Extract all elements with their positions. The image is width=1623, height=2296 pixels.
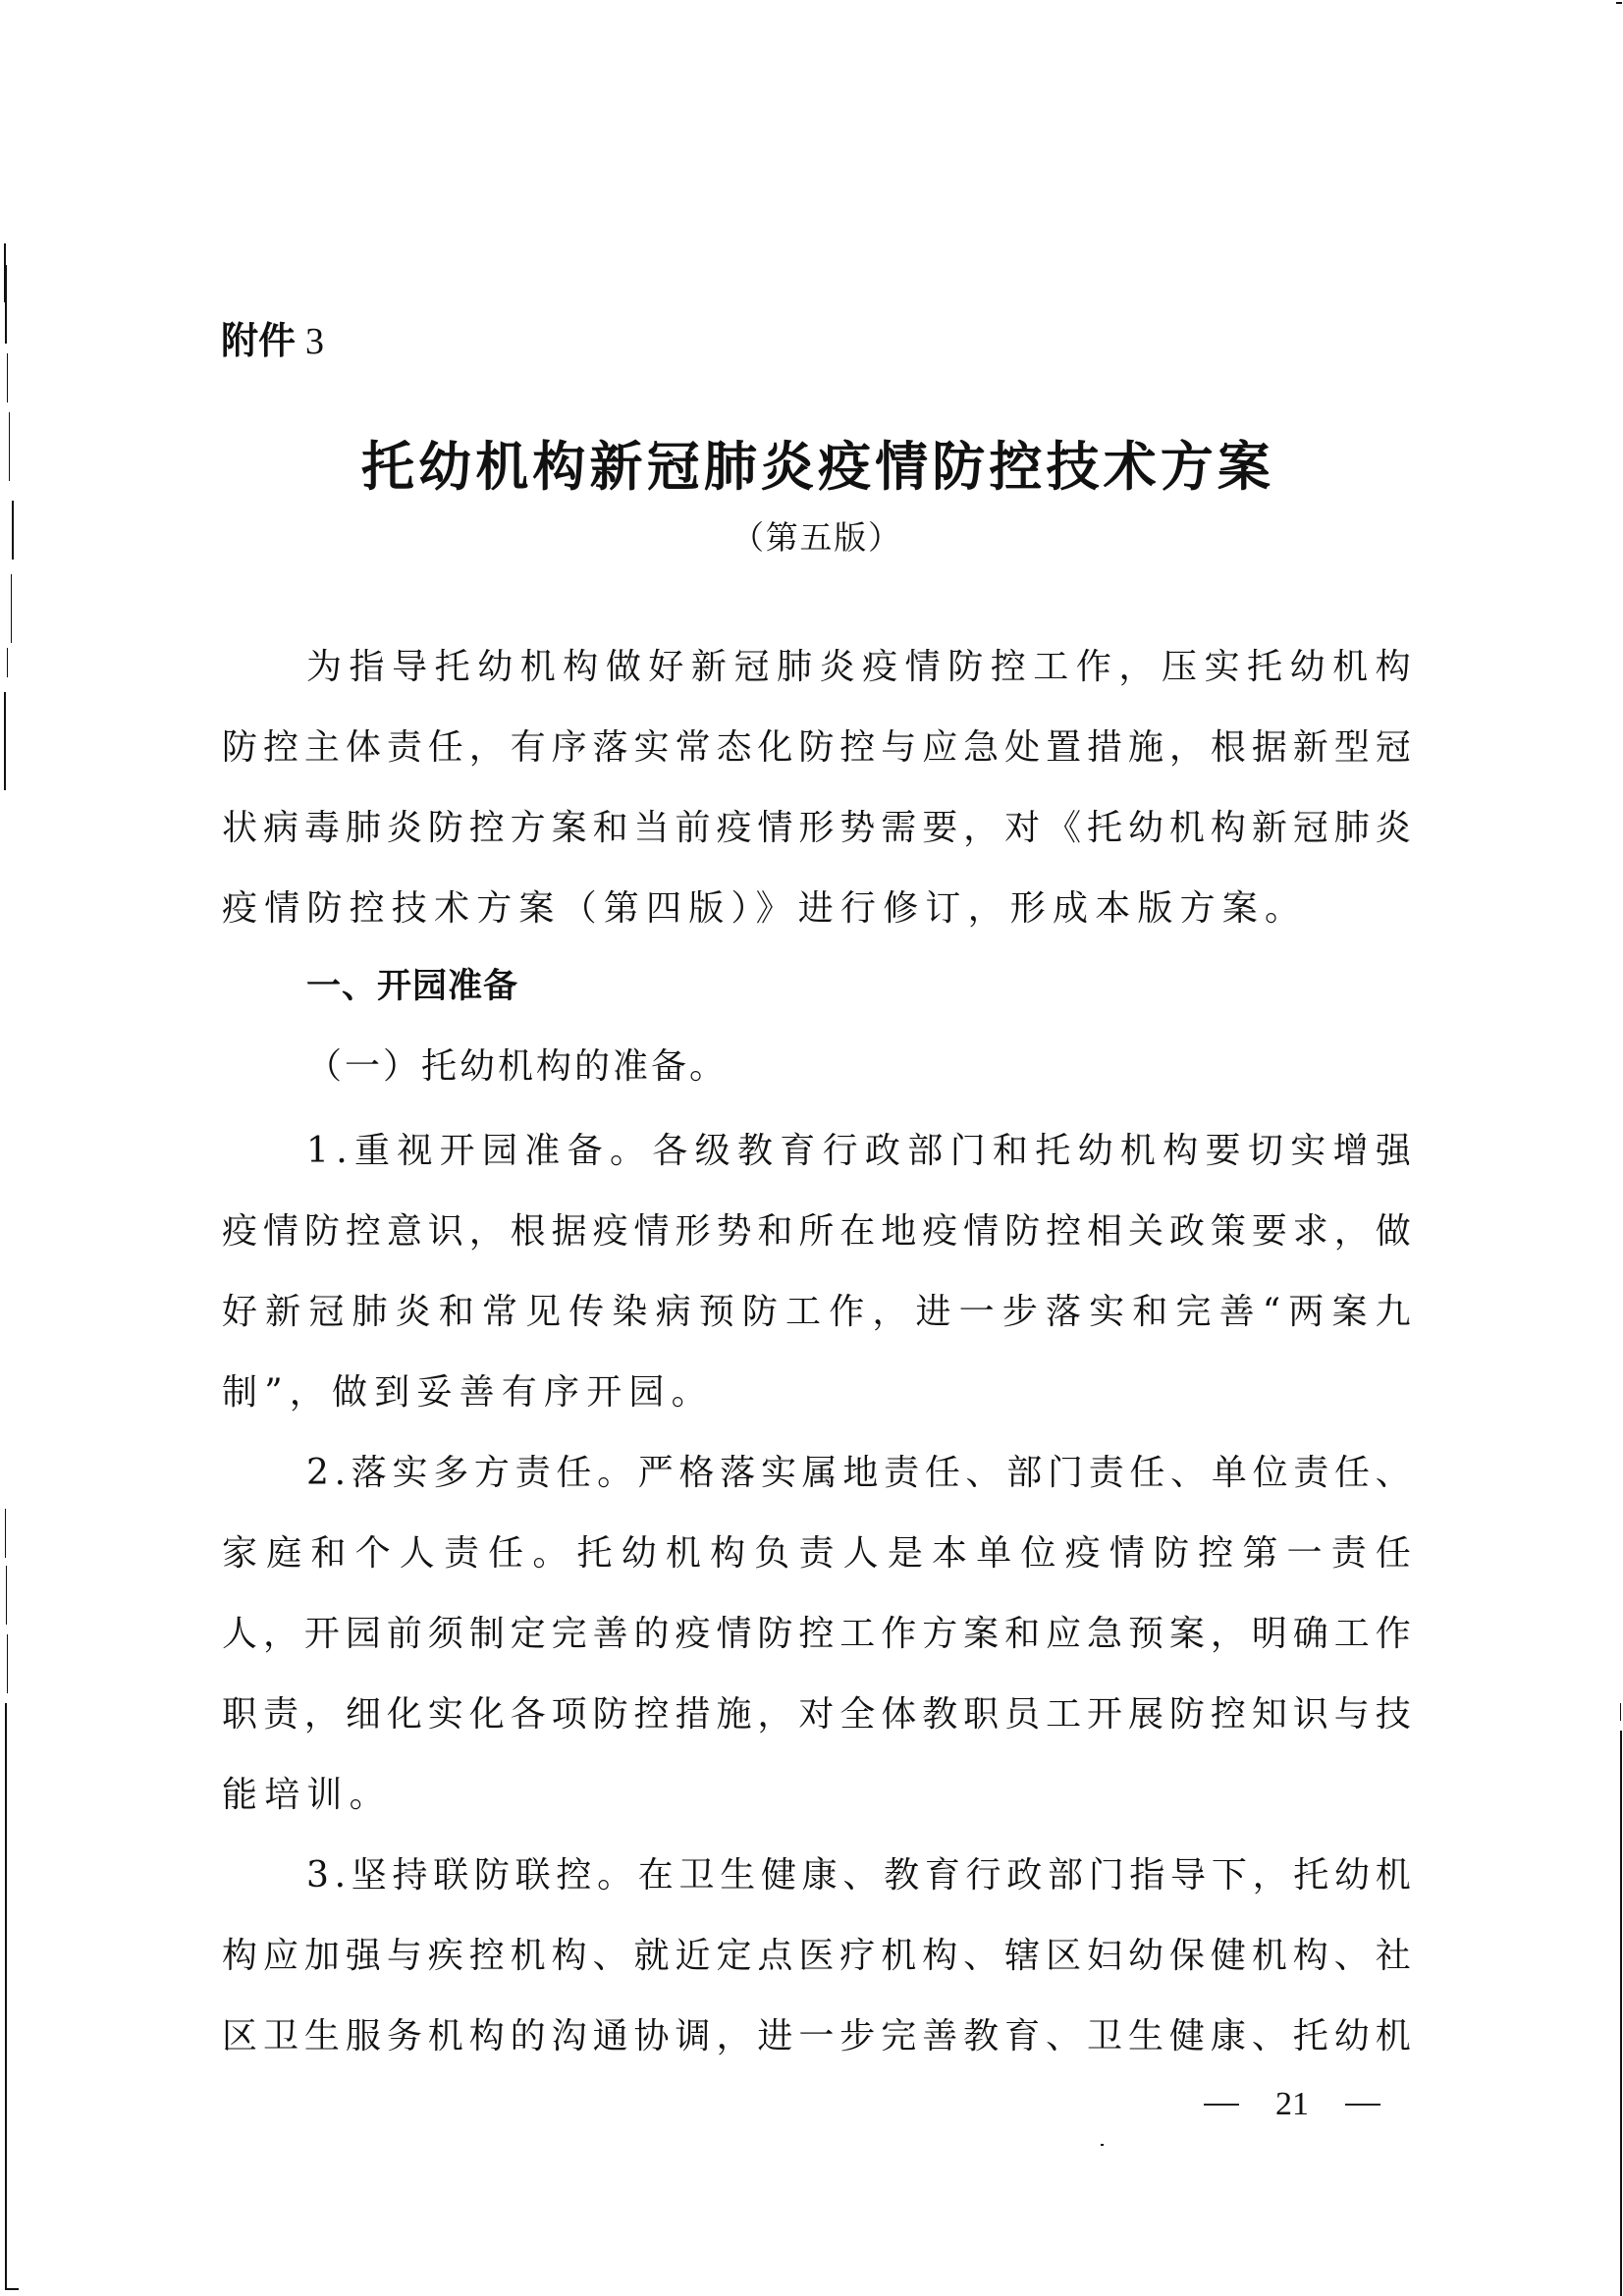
glyph: “: [1263, 1288, 1280, 1337]
glyph: 各: [511, 1690, 546, 1739]
glyph: 备: [568, 1127, 603, 1176]
glyph: 形: [798, 804, 834, 853]
scan-artifact-left-top: [7, 353, 8, 402]
glyph: 处: [1004, 723, 1040, 773]
glyph: 生: [720, 1851, 755, 1900]
document-page: 附件3 托幼机构新冠肺炎疫情防控技术方案 （第五版） 为指导托幼机构做好新冠肺炎…: [0, 0, 1623, 2296]
glyph: 控: [1211, 1690, 1246, 1739]
glyph: 防: [428, 804, 463, 853]
glyph: 构: [1376, 643, 1411, 692]
glyph: 防: [1004, 1207, 1040, 1256]
glyph: 防: [947, 643, 983, 692]
glyph: 一: [1287, 1529, 1323, 1578]
body-line: 1.重视开园准备。各级教育行政部门和托幼机构要切实增强: [306, 1127, 1411, 1176]
glyph: 机: [1120, 1127, 1156, 1176]
glyph: 机: [1169, 804, 1205, 853]
glyph: 和: [757, 1207, 792, 1256]
document-title: 托幼机构新冠肺炎疫情防控技术方案: [361, 432, 1271, 503]
glyph: 预: [699, 1288, 734, 1337]
glyph: 实: [634, 723, 670, 773]
glyph: 求: [1293, 1207, 1328, 1256]
glyph: 下: [1212, 1851, 1247, 1900]
glyph: 和: [593, 804, 628, 853]
glyph: 负: [754, 1529, 789, 1578]
body-line: 疫情防控技术方案（第四版）》进行修订，形成本版方案。: [222, 884, 1411, 934]
body-line: 区卫生服务机构的沟通协调，进一步完善教育、卫生健康、托幼机: [222, 2012, 1411, 2061]
glyph: 单: [1212, 1449, 1247, 1498]
glyph: 常: [482, 1288, 517, 1337]
glyph: 联: [515, 1851, 551, 1900]
glyph: 冠: [733, 643, 769, 692]
glyph: 地: [842, 1449, 878, 1498]
glyph: 任: [1129, 1449, 1164, 1498]
glyph: 托: [577, 1529, 613, 1578]
scan-artifact-left-top: [7, 648, 8, 677]
glyph: 育: [925, 1851, 960, 1900]
glyph: .: [336, 1127, 347, 1176]
glyph: 机: [1332, 643, 1368, 692]
glyph: .: [335, 1449, 346, 1498]
glyph: 1: [306, 1127, 329, 1176]
glyph: 增: [1333, 1127, 1369, 1176]
glyph: 控: [1046, 1207, 1081, 1256]
body-line: 防控主体责任，有序落实常态化防控与应急处置措施，根据新型冠: [222, 723, 1411, 773]
glyph: .: [335, 1851, 346, 1900]
glyph: 本: [932, 1529, 967, 1578]
glyph: 染: [612, 1288, 647, 1337]
glyph: 传: [568, 1288, 604, 1337]
glyph: 人: [222, 1610, 257, 1659]
glyph: 情: [263, 1207, 298, 1256]
glyph: 位: [1253, 1449, 1288, 1498]
glyph: 做: [606, 643, 641, 692]
glyph: 应: [1046, 1610, 1081, 1659]
glyph: 协: [634, 2012, 670, 2061]
glyph: 开: [1087, 1690, 1122, 1739]
glyph: 置: [1046, 723, 1081, 773]
glyph: （: [731, 516, 764, 560]
glyph: 机: [881, 1932, 916, 1981]
glyph: 案: [1217, 432, 1271, 503]
glyph: 情: [1109, 1529, 1145, 1578]
glyph: 新: [590, 432, 643, 503]
glyph: 切: [1248, 1127, 1283, 1176]
glyph: 需: [881, 804, 916, 853]
glyph: 应: [922, 723, 957, 773]
glyph: 控: [798, 1610, 834, 1659]
glyph: 疫: [675, 1610, 710, 1659]
glyph: 机: [1376, 2012, 1411, 2061]
glyph: 毒: [304, 804, 340, 853]
glyph: 行: [966, 1851, 1001, 1900]
glyph: 好: [222, 1288, 257, 1337]
glyph: 好: [648, 643, 683, 692]
glyph: 医: [798, 1932, 834, 1981]
glyph: 肺: [1334, 804, 1370, 853]
glyph: 《: [1046, 804, 1081, 853]
glyph: 责: [387, 723, 422, 773]
glyph: 一: [798, 2012, 834, 2061]
glyph: 压: [1162, 643, 1197, 692]
glyph: 育: [1004, 2012, 1040, 2061]
glyph: 任: [428, 723, 463, 773]
glyph: 2: [306, 1449, 329, 1498]
glyph: 、: [593, 1932, 628, 1981]
body-line: 人，开园前须制定完善的疫情防控工作方案和应急预案，明确工作: [222, 1610, 1411, 1659]
glyph: 前: [675, 804, 710, 853]
glyph: 化: [757, 723, 792, 773]
glyph: 调: [675, 2012, 710, 2061]
glyph: 教: [737, 1127, 773, 1176]
glyph: 幼: [418, 432, 471, 503]
glyph: 据: [552, 1207, 587, 1256]
glyph: 实: [1204, 643, 1239, 692]
glyph: 。: [532, 1529, 568, 1578]
glyph: 技: [1376, 1690, 1411, 1739]
glyph: 构: [1211, 804, 1246, 853]
glyph: 进: [916, 1288, 951, 1337]
glyph: 作: [1376, 1610, 1411, 1659]
glyph: 务: [387, 2012, 422, 2061]
glyph: 预: [1128, 1610, 1163, 1659]
glyph: 步: [1002, 1288, 1038, 1337]
glyph: 门: [1048, 1449, 1083, 1498]
scan-artifact-dot: [1101, 2144, 1104, 2146]
glyph: 作: [881, 1610, 916, 1659]
glyph: 责: [444, 1529, 479, 1578]
glyph: 作: [1076, 643, 1111, 692]
glyph: 情: [905, 643, 941, 692]
glyph: 作: [829, 1288, 864, 1337]
glyph: 开: [440, 1127, 475, 1176]
glyph: ，: [469, 1207, 505, 1256]
glyph: 政: [865, 1127, 900, 1176]
glyph: 开: [304, 1610, 340, 1659]
body-line: 为指导托幼机构做好新冠肺炎疫情防控工作，压实托幼机构: [306, 643, 1411, 692]
glyph: 急: [963, 723, 999, 773]
glyph: 控: [839, 723, 875, 773]
glyph: 、: [963, 1932, 999, 1981]
glyph: 主: [304, 723, 340, 773]
glyph: 第: [766, 516, 798, 560]
glyph: 工: [1046, 1690, 1081, 1739]
glyph: 视: [397, 1127, 432, 1176]
glyph: 就: [634, 1932, 670, 1981]
glyph: 防: [1169, 1690, 1205, 1739]
glyph: 疫: [818, 432, 871, 503]
glyph: 幼: [477, 643, 513, 692]
glyph: 强: [1376, 1127, 1411, 1176]
glyph: 版: [834, 516, 866, 560]
glyph: 门: [950, 1127, 986, 1176]
glyph: 社: [1376, 1932, 1411, 1981]
glyph: 疫: [922, 1207, 957, 1256]
glyph: 善: [922, 2012, 957, 2061]
glyph: 。: [597, 1851, 632, 1900]
glyph: 意: [387, 1207, 422, 1256]
glyph: 步: [839, 2012, 875, 2061]
glyph: 控: [469, 804, 505, 853]
annex-label: 附件3: [221, 316, 324, 365]
glyph: 与: [1334, 1690, 1370, 1739]
glyph: 定: [511, 1610, 546, 1659]
glyph: 机: [428, 2012, 463, 2061]
glyph: 任: [1334, 1449, 1370, 1498]
glyph: 指: [350, 643, 385, 692]
glyph: 完: [552, 1610, 587, 1659]
glyph: 展: [1128, 1690, 1163, 1739]
glyph: 与: [881, 723, 916, 773]
glyph: 导: [1170, 1851, 1206, 1900]
glyph: 两: [1288, 1288, 1324, 1337]
glyph: 案: [1331, 1288, 1367, 1337]
glyph: 家: [222, 1529, 257, 1578]
glyph: 冠: [647, 432, 700, 503]
glyph: 情: [716, 1610, 751, 1659]
glyph: 幼: [1290, 643, 1325, 692]
glyph: 制: [469, 1610, 505, 1659]
glyph: 托: [1035, 1127, 1070, 1176]
glyph: 急: [1087, 1610, 1122, 1659]
glyph: 是: [888, 1529, 923, 1578]
glyph: 区: [222, 2012, 257, 2061]
glyph: 责: [798, 1529, 834, 1578]
glyph: 康: [1211, 2012, 1246, 2061]
glyph: 机: [475, 432, 528, 503]
glyph: 情: [875, 432, 928, 503]
glyph: 构: [532, 432, 585, 503]
glyph: 坚: [352, 1851, 387, 1900]
glyph: 方: [922, 1610, 957, 1659]
glyph: 行: [823, 1127, 858, 1176]
glyph: 门: [1089, 1851, 1124, 1900]
glyph: 疾: [428, 1932, 463, 1981]
glyph: 工: [839, 1610, 875, 1659]
glyph: 构: [1293, 1932, 1328, 1981]
glyph: 点: [757, 1932, 792, 1981]
glyph: 有: [511, 723, 546, 773]
glyph: 识: [428, 1207, 463, 1256]
glyph: 准: [524, 1127, 560, 1176]
glyph: 托: [1087, 804, 1122, 853]
glyph: 机: [666, 1529, 701, 1578]
body-line: 2.落实多方责任。严格落实属地责任、部门责任、单位责任、: [306, 1449, 1411, 1498]
glyph: 教: [963, 2012, 999, 2061]
glyph: 确: [1293, 1610, 1328, 1659]
glyph: 案: [552, 804, 587, 853]
glyph: 地: [881, 1207, 916, 1256]
glyph: 须: [428, 1610, 463, 1659]
glyph: 防: [1154, 1529, 1189, 1578]
glyph: 辖: [1004, 1932, 1040, 1981]
glyph: 幼: [1334, 2012, 1370, 2061]
glyph: 防: [474, 1851, 510, 1900]
glyph: 构: [222, 1932, 257, 1981]
glyph: 常: [675, 723, 710, 773]
glyph: 冠: [1293, 804, 1328, 853]
glyph: 工: [1033, 643, 1068, 692]
glyph: 防: [798, 723, 834, 773]
glyph: 施: [716, 1690, 751, 1739]
glyph: 防: [222, 723, 257, 773]
scan-artifact-left-top: [5, 265, 7, 344]
glyph: 的: [511, 2012, 546, 2061]
body-line: 疫情防控意识，根据疫情形势和所在地疫情防控相关政策要求，做: [222, 1207, 1411, 1256]
glyph: 任: [488, 1529, 523, 1578]
glyph: 责: [263, 1690, 298, 1739]
glyph: 通: [593, 2012, 628, 2061]
glyph: 定: [716, 1932, 751, 1981]
glyph: 落: [593, 723, 628, 773]
glyph: 部: [1006, 1449, 1042, 1498]
glyph: 知: [1252, 1690, 1287, 1739]
body-line: 家庭和个人责任。托幼机构负责人是本单位疫情防控第一责任: [222, 1529, 1411, 1578]
glyph: 案: [963, 1610, 999, 1659]
glyph: 责: [1089, 1449, 1124, 1498]
glyph: 炎: [1376, 804, 1411, 853]
glyph: 方: [511, 804, 546, 853]
glyph: 施: [1128, 723, 1163, 773]
glyph: ，: [263, 1610, 298, 1659]
glyph: 病: [656, 1288, 691, 1337]
glyph: 强: [346, 1932, 381, 1981]
glyph: 幼: [622, 1529, 657, 1578]
glyph: 疫: [1065, 1529, 1101, 1578]
glyph: 责: [515, 1449, 551, 1498]
glyph: 持: [392, 1851, 427, 1900]
glyph: 势: [839, 804, 875, 853]
glyph: 教: [884, 1851, 919, 1900]
glyph: 幼: [1128, 1932, 1163, 1981]
glyph: 构: [552, 1932, 587, 1981]
glyph: 任: [925, 1449, 960, 1498]
glyph: 、: [1252, 2012, 1287, 2061]
glyph: 、: [1334, 1932, 1370, 1981]
body-line: 好新冠肺炎和常见传染病预防工作，进一步落实和完善“两案九: [222, 1288, 1411, 1337]
glyph: 疫: [593, 1207, 628, 1256]
glyph: 体: [346, 723, 381, 773]
glyph: 重: [354, 1127, 390, 1176]
scan-artifact-left-bottom: [5, 2288, 19, 2290]
glyph: 落: [1046, 1288, 1081, 1337]
glyph: ，: [963, 804, 999, 853]
page-number-value: 21: [1275, 2085, 1309, 2124]
glyph: 第: [1242, 1529, 1277, 1578]
glyph: 卫: [263, 2012, 298, 2061]
glyph: 情: [963, 1207, 999, 1256]
body-line: 状病毒肺炎防控方案和当前疫情形势需要，对《托幼机构新冠肺炎: [222, 804, 1411, 853]
glyph: 、: [966, 1449, 1001, 1498]
glyph: 防: [593, 1690, 628, 1739]
glyph: 构: [1163, 1127, 1198, 1176]
glyph: 人: [400, 1529, 435, 1578]
glyph: 为: [306, 643, 342, 692]
glyph: 控: [1198, 1529, 1233, 1578]
glyph: 。: [597, 1449, 632, 1498]
glyph: 部: [1048, 1851, 1083, 1900]
glyph: 据: [1252, 723, 1287, 773]
glyph: 体: [881, 1690, 916, 1739]
glyph: 冠: [308, 1288, 344, 1337]
glyph: 疫: [716, 804, 751, 853]
glyph: 所: [798, 1207, 834, 1256]
glyph: 控: [991, 643, 1026, 692]
glyph: 和: [439, 1288, 474, 1337]
glyph: 完: [1175, 1288, 1211, 1337]
glyph: 措: [1087, 723, 1122, 773]
glyph: 工: [1334, 1610, 1370, 1659]
glyph: 型: [1334, 723, 1370, 773]
glyph: 职: [963, 1690, 999, 1739]
glyph: 教: [922, 1690, 957, 1739]
glyph: 在: [638, 1851, 674, 1900]
glyph: 肺: [704, 432, 757, 503]
glyph: 实: [1290, 1127, 1325, 1176]
glyph: 、: [1376, 1449, 1411, 1498]
glyph: 和: [1004, 1610, 1040, 1659]
glyph: 疫: [862, 643, 897, 692]
glyph: 九: [1376, 1288, 1411, 1337]
glyph: 实: [392, 1449, 427, 1498]
glyph: 炎: [387, 804, 422, 853]
glyph: 肺: [352, 1288, 387, 1337]
glyph: 要: [922, 804, 957, 853]
glyph: 托: [1293, 1851, 1328, 1900]
glyph: 构: [469, 2012, 505, 2061]
glyph: 幼: [1078, 1127, 1113, 1176]
glyph: ，: [1334, 1207, 1370, 1256]
glyph: 做: [1376, 1207, 1411, 1256]
glyph: 的: [634, 1610, 670, 1659]
glyph: 术: [1104, 432, 1157, 503]
glyph: 控: [556, 1851, 591, 1900]
glyph: 严: [638, 1449, 674, 1498]
glyph: 、: [1046, 2012, 1081, 2061]
section-heading: 一、开园准备: [306, 962, 1411, 1011]
glyph: 状: [222, 804, 257, 853]
body-line: 3.坚持联防联控。在卫生健康、教育行政部门指导下，托幼机: [306, 1851, 1411, 1900]
glyph: 托: [435, 643, 470, 692]
glyph: 保: [1169, 1932, 1205, 1981]
glyph: 服: [346, 2012, 381, 2061]
glyph: 技: [1047, 432, 1100, 503]
glyph: 新: [1252, 804, 1287, 853]
glyph: 和: [993, 1127, 1028, 1176]
glyph: 要: [1206, 1127, 1241, 1176]
glyph: 幼: [1128, 804, 1163, 853]
glyph: 职: [222, 1690, 257, 1739]
glyph: 落: [720, 1449, 755, 1498]
glyph: 部: [907, 1127, 943, 1176]
glyph: ，: [1211, 1610, 1246, 1659]
glyph: 措: [675, 1690, 710, 1739]
glyph: 级: [695, 1127, 730, 1176]
scan-artifact-top-right: [1616, 2, 1622, 4]
glyph: 要: [1252, 1207, 1287, 1256]
glyph: ，: [1118, 643, 1154, 692]
glyph: 托: [1247, 643, 1282, 692]
glyph: 和: [310, 1529, 346, 1578]
glyph: 政: [1169, 1207, 1205, 1256]
glyph: 格: [679, 1449, 715, 1498]
glyph: 防: [742, 1288, 778, 1337]
glyph: ，: [757, 1690, 792, 1739]
glyph: 庭: [266, 1529, 301, 1578]
page-number: 21: [1204, 2085, 1380, 2124]
glyph: 构: [922, 1932, 957, 1981]
glyph: 当: [634, 804, 670, 853]
glyph: 导: [392, 643, 427, 692]
